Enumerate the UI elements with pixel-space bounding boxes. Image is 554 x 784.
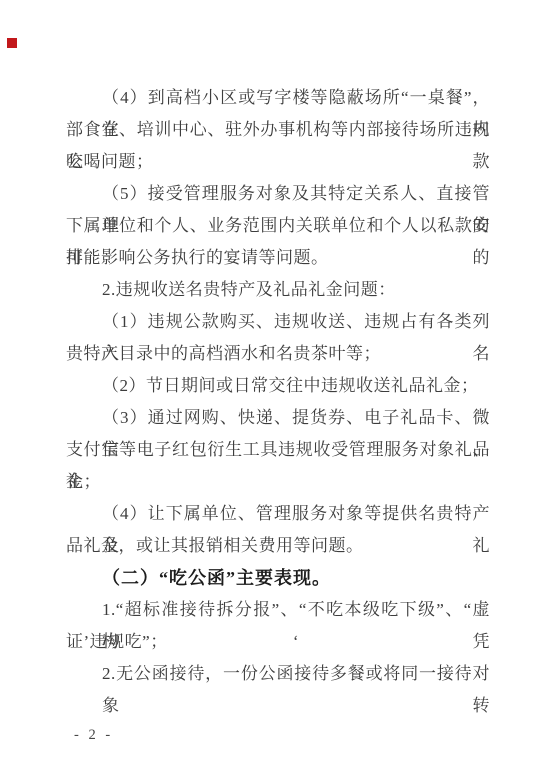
text-line: 下属单位和个人、业务范围内关联单位和个人以私款安排的 (66, 210, 490, 242)
document-text-block: （4）到高档小区或写字楼等隐蔽场所“一桌餐”，在内部食堂、培训中心、驻外办事机构… (66, 82, 490, 690)
text-line: 1.“超标准接待拆分报”、“不吃本级吃下级”、“虚构‘凭 (66, 594, 490, 626)
page-number: - 2 - (74, 726, 113, 744)
red-stamp-mark (7, 38, 17, 48)
text-line: 2.无公函接待，一份公函接待多餐或将同一接待对象转 (66, 658, 490, 690)
text-line: （4）到高档小区或写字楼等隐蔽场所“一桌餐”，在内 (66, 82, 490, 114)
text-line: 金； (66, 466, 490, 498)
text-line: （1）违规公款购买、违规收送、违规占有各类列入名 (66, 306, 490, 338)
text-line: （2）节日期间或日常交往中违规收送礼品礼金； (66, 370, 490, 402)
text-line: 支付宝等电子红包衍生工具违规收受管理服务对象礼品礼 (66, 434, 490, 466)
text-line: 部食堂、培训中心、驻外办事机构等内部接待场所违规公款 (66, 114, 490, 146)
text-line: （3）通过网购、快递、提货券、电子礼品卡、微信、 (66, 402, 490, 434)
text-line: （二）“吃公函”主要表现。 (66, 562, 490, 594)
text-line: 2.违规收送名贵特产及礼品礼金问题： (66, 274, 490, 306)
document-page: （4）到高档小区或写字楼等隐蔽场所“一桌餐”，在内部食堂、培训中心、驻外办事机构… (0, 0, 554, 784)
text-line: （5）接受管理服务对象及其特定关系人、直接管理的 (66, 178, 490, 210)
text-line: （4）让下属单位、管理服务对象等提供名贵特产及礼 (66, 498, 490, 530)
